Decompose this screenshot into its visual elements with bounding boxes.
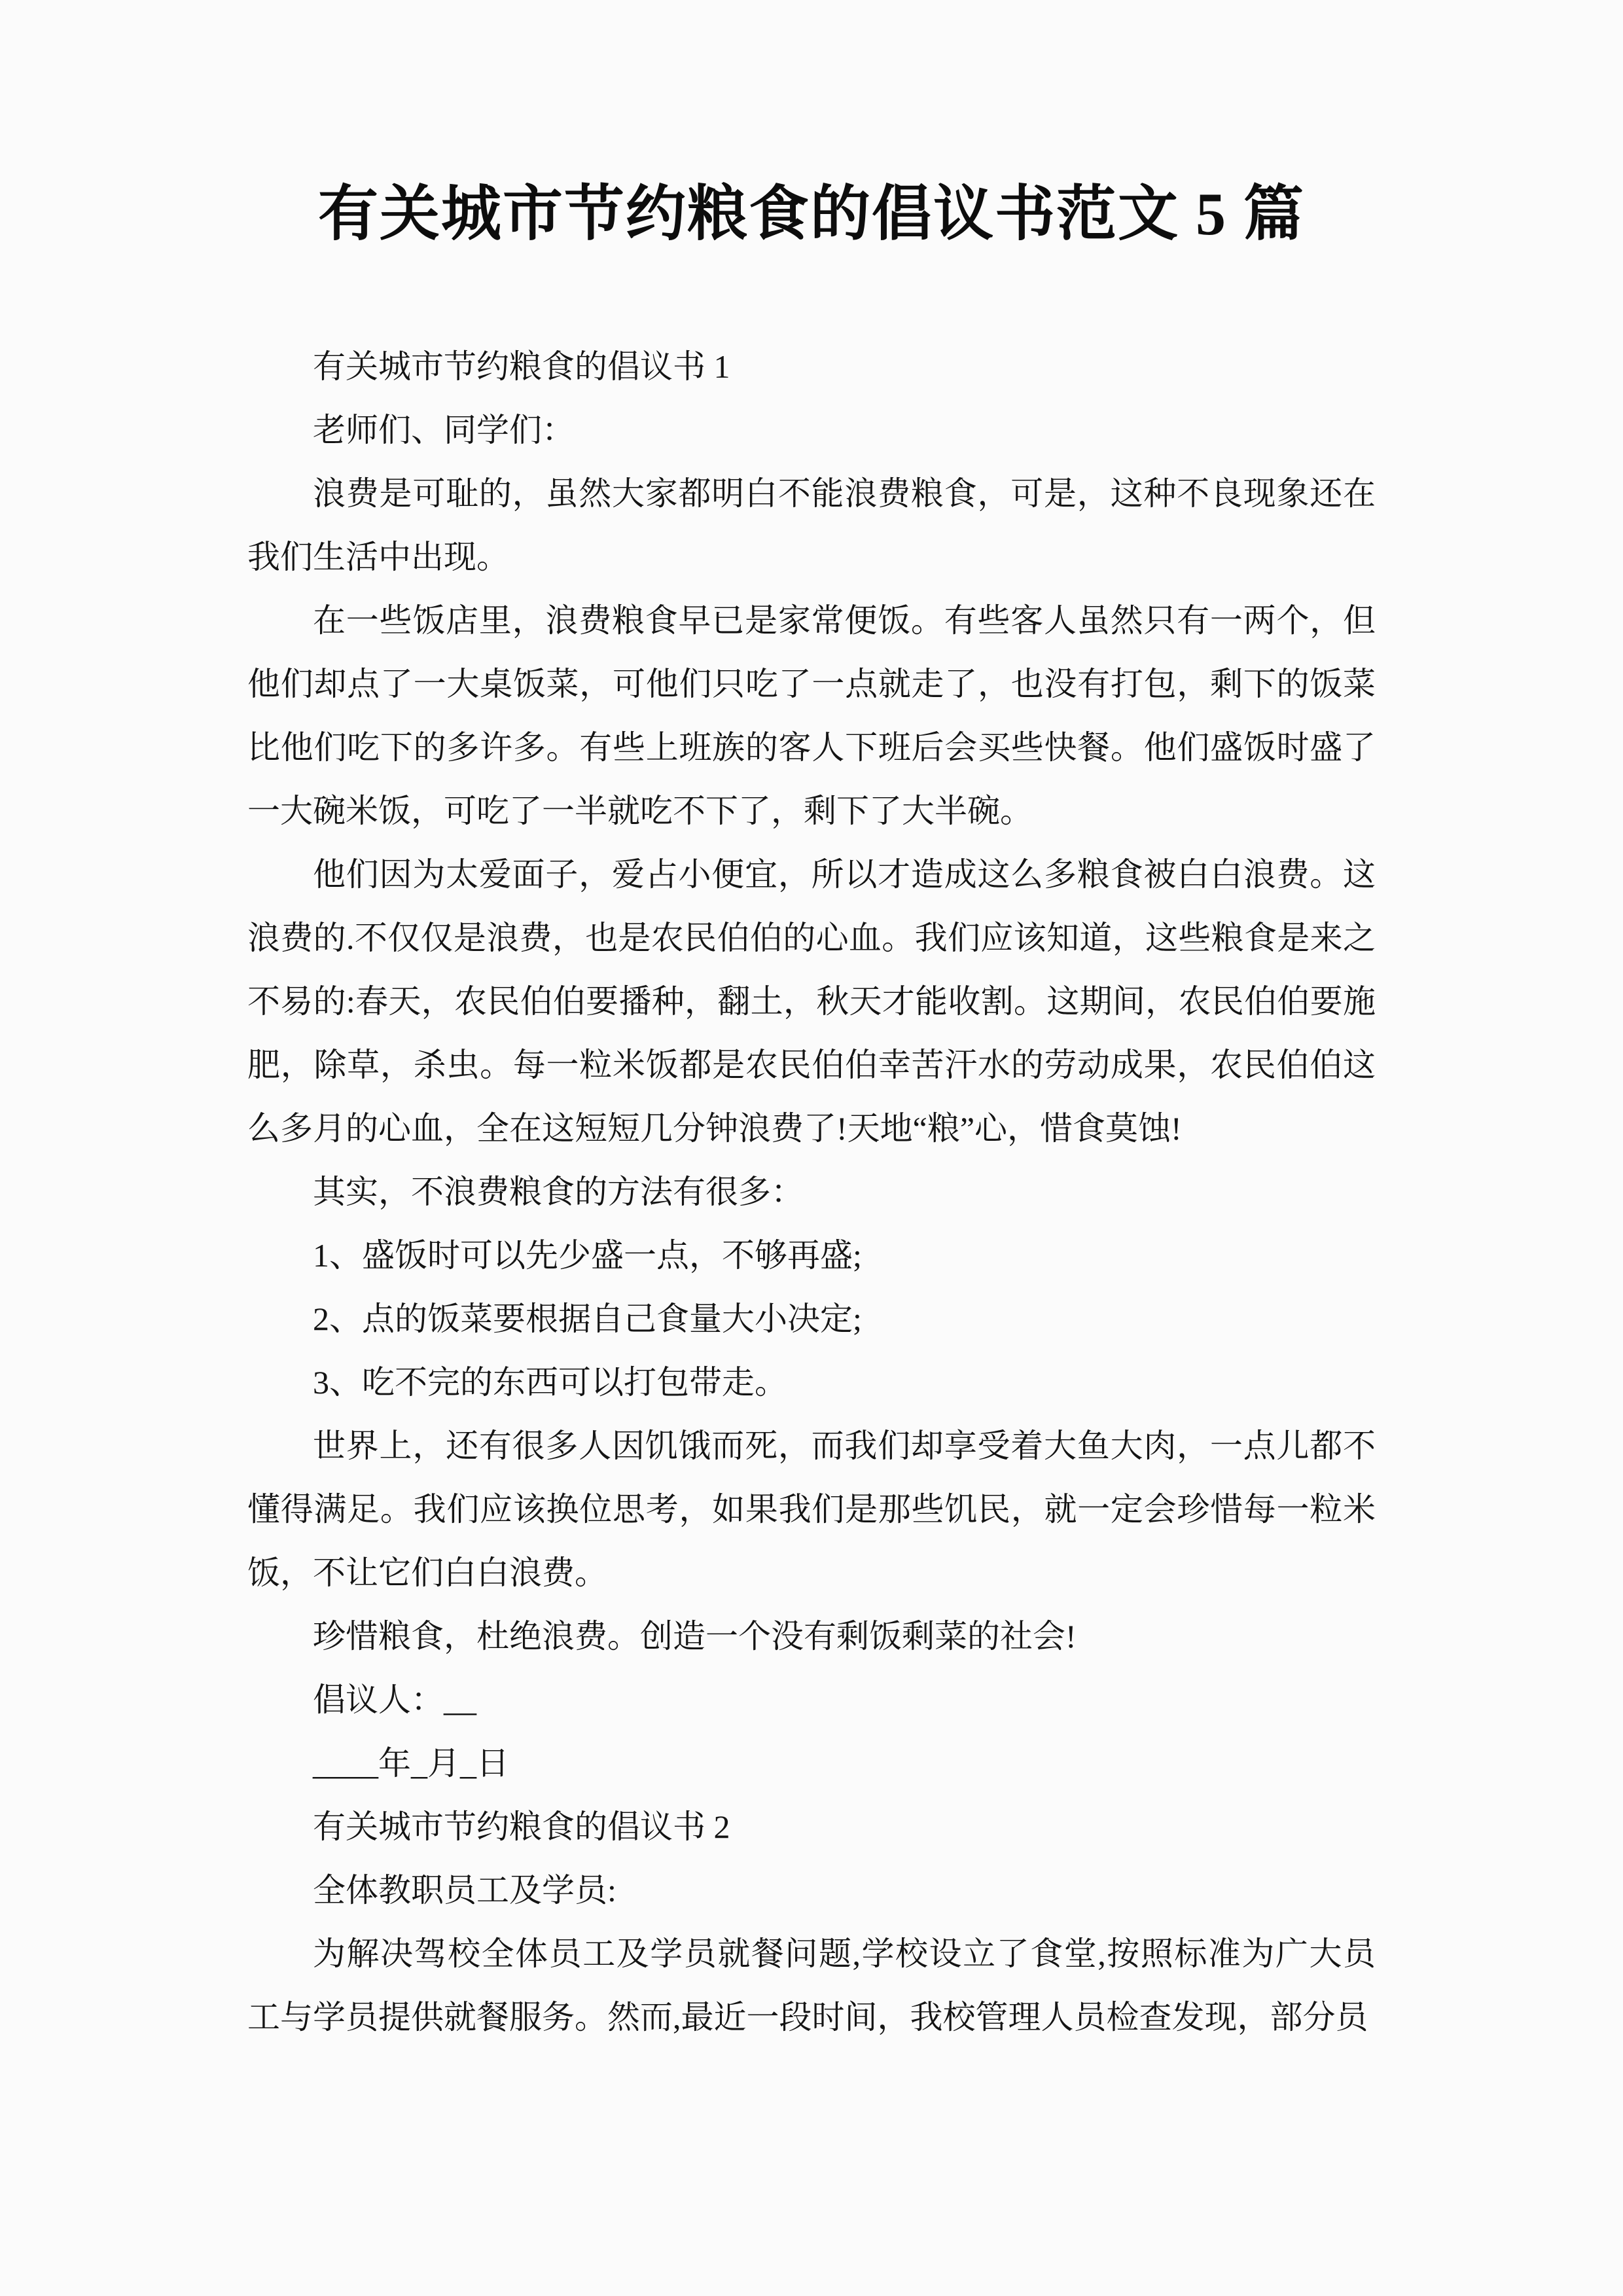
salutation: 全体教职员工及学员: — [247, 1859, 1376, 1922]
list-item: 2、点的饭菜要根据自己食量大小决定; — [247, 1287, 1376, 1351]
section-heading: 有关城市节约粮食的倡议书 1 — [247, 335, 1376, 399]
salutation: 老师们、同学们： — [247, 399, 1376, 462]
signature-line: 倡议人：__ — [247, 1668, 1376, 1732]
paragraph: 世界上，还有很多人因饥饿而死，而我们却享受着大鱼大肉，一点儿都不懂得满足。我们应… — [247, 1414, 1376, 1605]
document-page: 有关城市节约粮食的倡议书范文 5 篇 有关城市节约粮食的倡议书 1 老师们、同学… — [0, 0, 1623, 2296]
paragraph: 他们因为太爱面子，爱占小便宜，所以才造成这么多粮食被白白浪费。这浪费的.不仅仅是… — [247, 843, 1376, 1160]
list-item: 3、吃不完的东西可以打包带走。 — [247, 1351, 1376, 1414]
document-title: 有关城市节约粮食的倡议书范文 5 篇 — [0, 0, 1623, 253]
section-heading: 有关城市节约粮食的倡议书 2 — [247, 1795, 1376, 1859]
paragraph: 为解决驾校全体员工及学员就餐问题,学校设立了食堂,按照标准为广大员工与学员提供就… — [247, 1922, 1376, 2049]
date-line: ____年_月_日 — [247, 1732, 1376, 1795]
paragraph: 浪费是可耻的，虽然大家都明白不能浪费粮食，可是，这种不良现象还在我们生活中出现。 — [247, 462, 1376, 589]
paragraph: 珍惜粮食，杜绝浪费。创造一个没有剩饭剩菜的社会! — [247, 1605, 1376, 1668]
list-item: 1、盛饭时可以先少盛一点，不够再盛; — [247, 1224, 1376, 1287]
document-body: 有关城市节约粮食的倡议书 1 老师们、同学们： 浪费是可耻的，虽然大家都明白不能… — [247, 335, 1376, 2049]
paragraph: 其实，不浪费粮食的方法有很多： — [247, 1160, 1376, 1224]
paragraph: 在一些饭店里，浪费粮食早已是家常便饭。有些客人虽然只有一两个，但他们却点了一大桌… — [247, 589, 1376, 843]
